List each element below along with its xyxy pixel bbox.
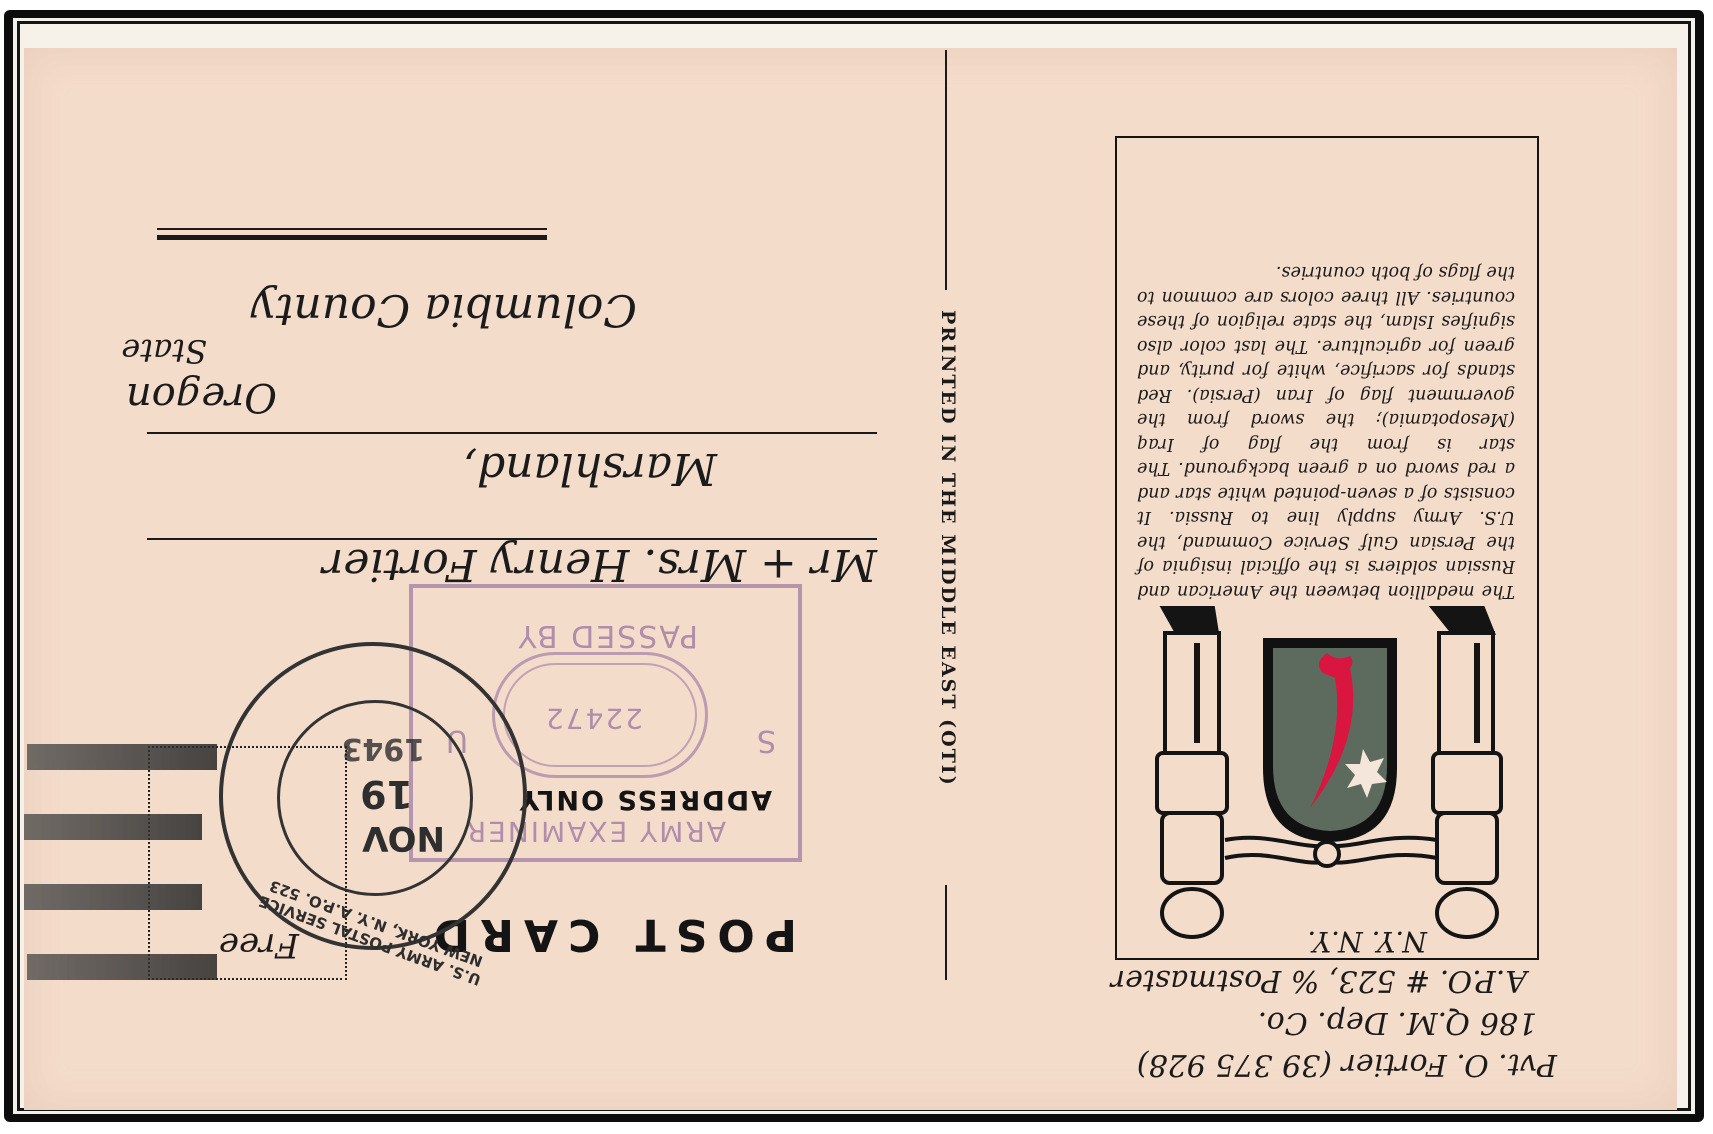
divider-bottom [945,50,947,290]
recipient-line-5: State [121,332,207,370]
persian-gulf-command-insignia [1255,633,1405,848]
recipient-line-1: Mr + Mrs. Henry Fortier [322,539,877,590]
address-only-label: ADDRESS ONLY [518,784,772,815]
illustration-box: The medallion between the American and R… [1115,136,1539,960]
sender-line-2: 186 Q.M. Dep. Co. [1258,1005,1537,1040]
cancel-bar-2 [24,884,202,910]
censor-passed-by: PASSED BY [516,618,698,653]
postcard-rotated-content: Pvt. O. Fortier (39 375 928) 186 Q.M. De… [24,48,1677,1110]
postmark-month: NOV [362,818,445,858]
address-line-3a [157,235,547,240]
postmark-day: 19 [360,772,413,816]
printed-in-middle-east: PRINTED IN THE MIDDLE EAST (OTI) [937,310,959,787]
recipient-line-4: Oregon [126,374,277,420]
censor-number: 22472 [544,702,643,735]
divider-top [945,885,947,980]
free-mark: Free [219,925,299,965]
cancel-bar-3 [24,814,202,840]
postcard: Pvt. O. Fortier (39 375 928) 186 Q.M. De… [24,48,1677,1110]
sender-line-1: Pvt. O. Fortier (39 375 928) [1137,1047,1557,1082]
sender-line-3: A.P.O. # 523, % Postmaster [1111,963,1527,998]
postmark-year: 1943 [342,731,426,766]
recipient-line-3: Columbia County [251,284,637,335]
cancel-bar-1 [27,954,217,980]
censor-letter-s: S [755,723,776,758]
censor-oval: 22472 [492,652,708,778]
cancel-bar-4 [27,744,217,770]
insignia-caption: The medallion between the American and R… [1137,260,1515,603]
recipient-line-2: Marshland, [463,443,717,494]
address-line-3b [157,228,547,230]
address-line-2 [147,432,877,434]
